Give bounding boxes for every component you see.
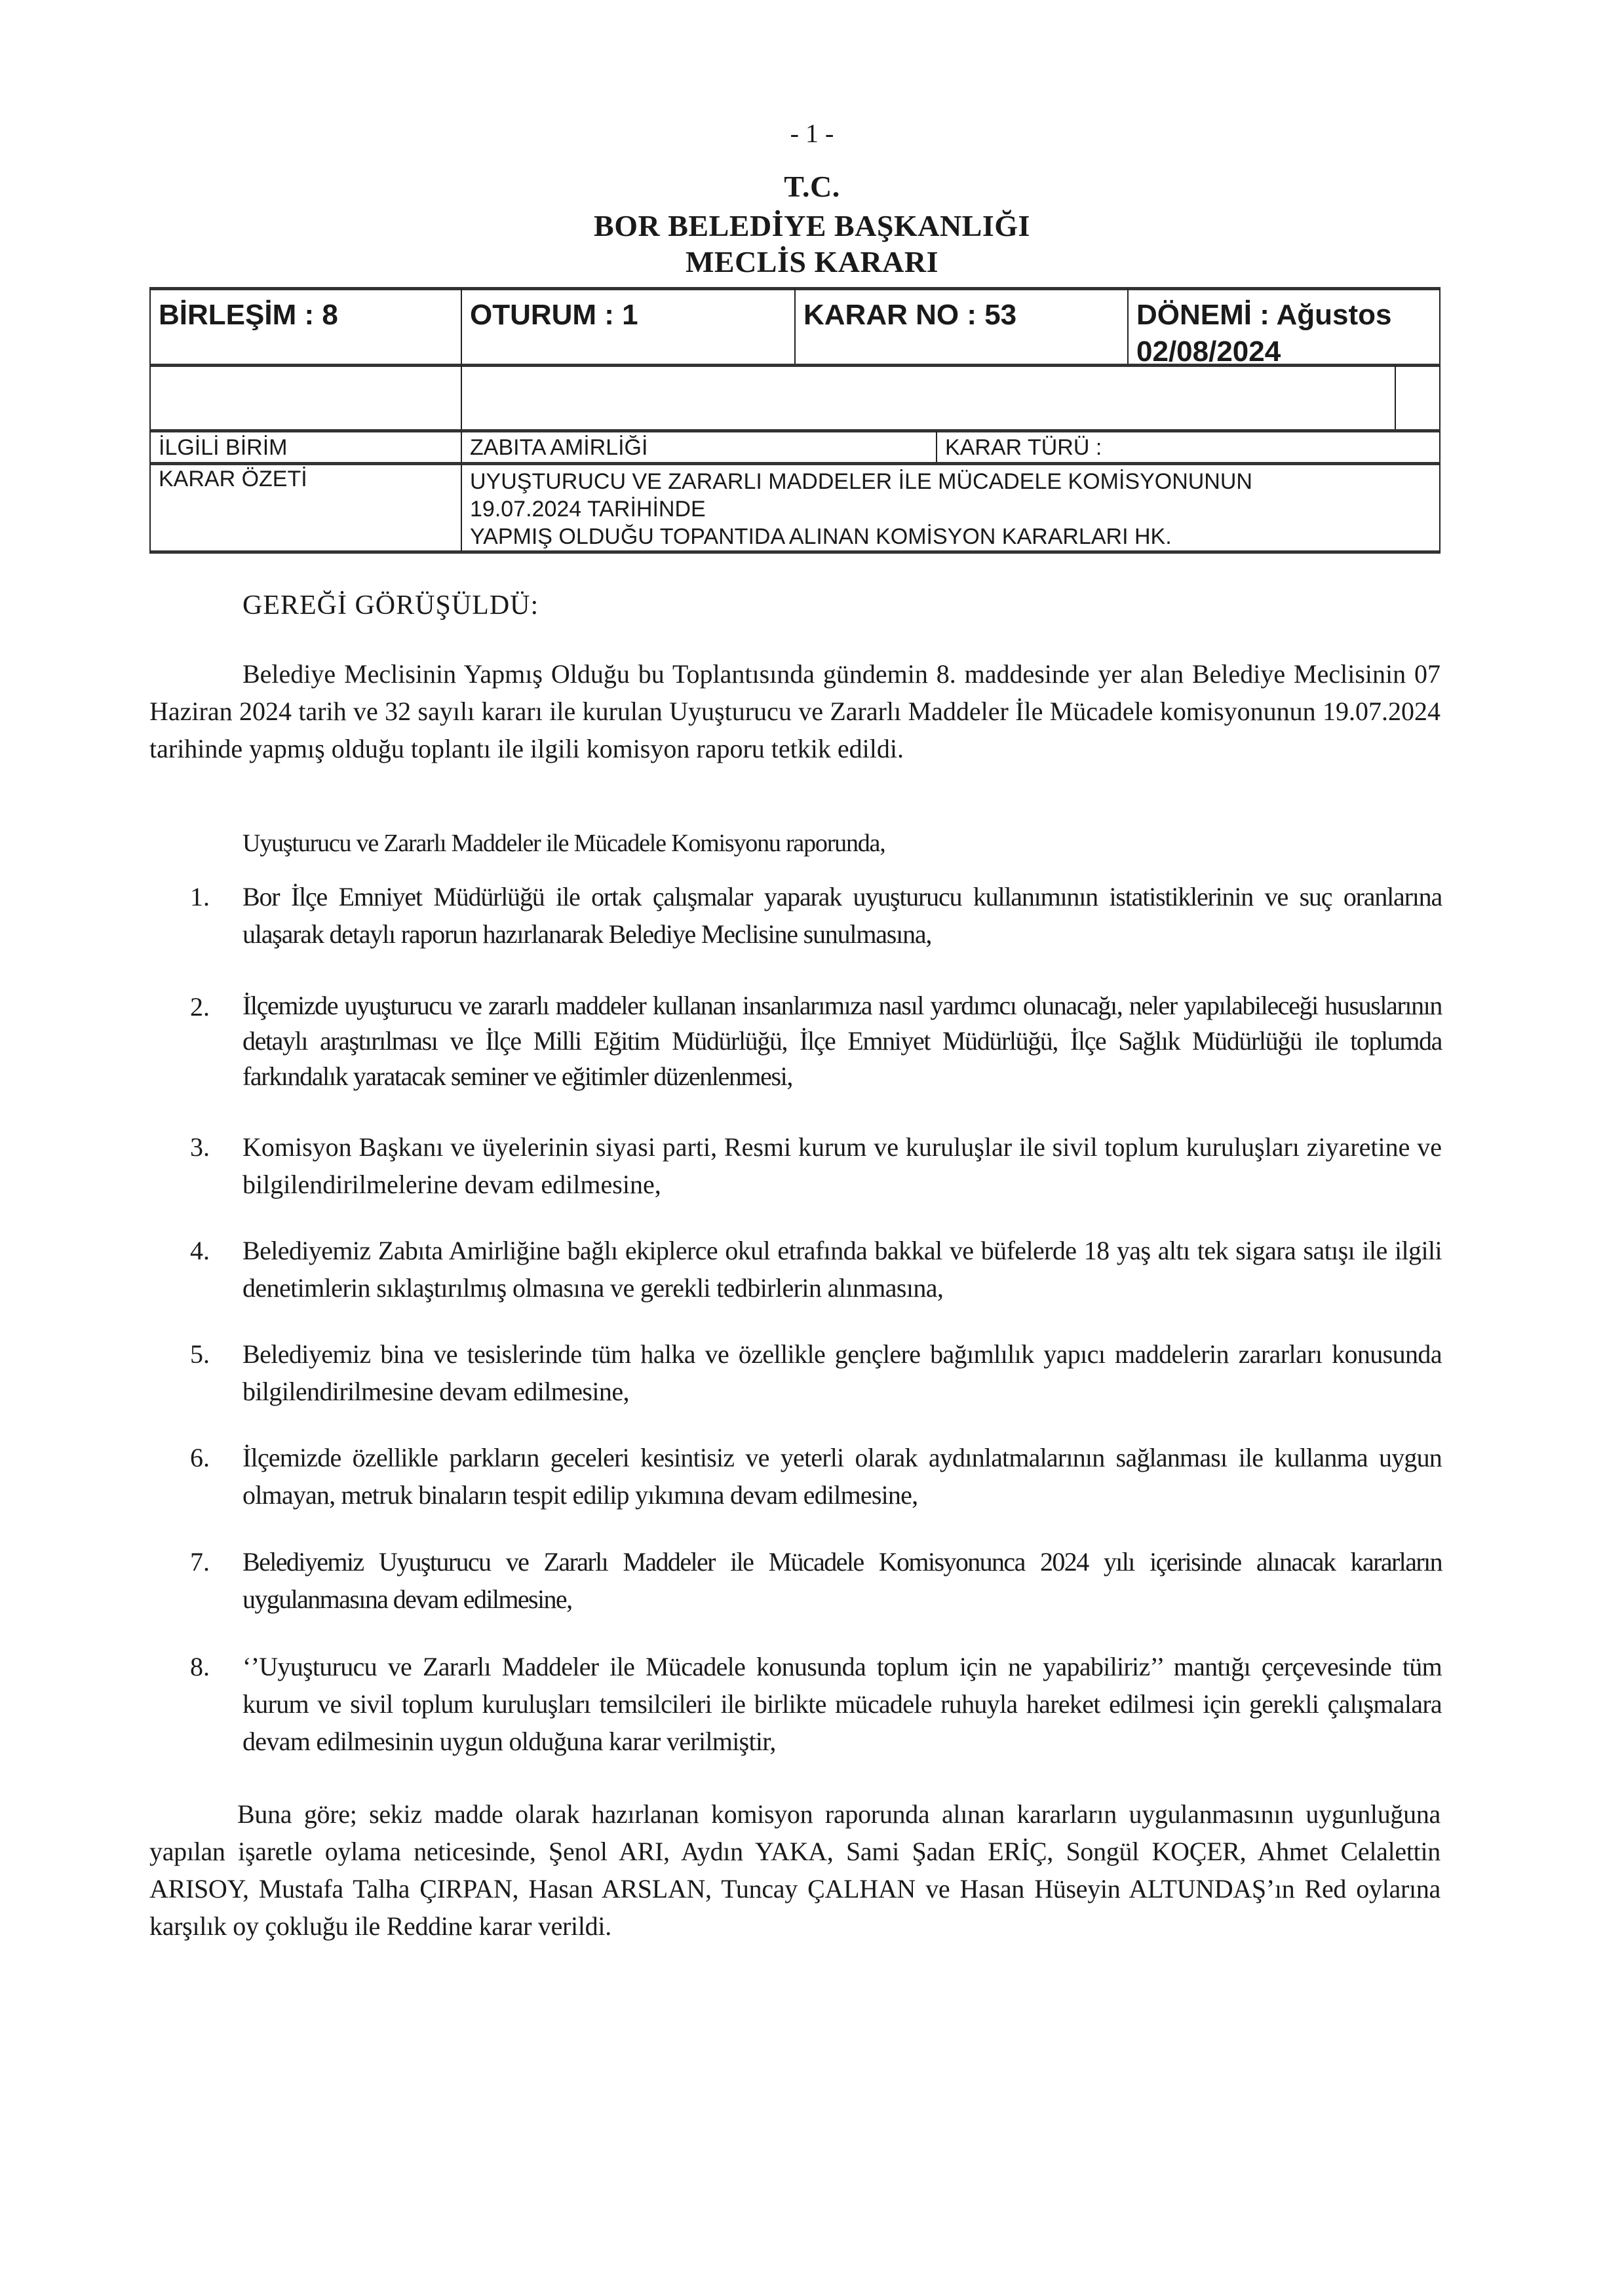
cell-karar-ozeti-value: UYUŞTURUCU VE ZARARLI MADDELER İLE MÜCAD… [461,462,1440,554]
cell-birlesim: BİRLEŞİM : 8 [149,287,462,365]
cell-ilgili-birim-label: İLGİLİ BİRİM [149,429,462,463]
donemi-label: DÖNEMİ : Ağustos [1136,297,1433,334]
item-number: 3. [190,1128,210,1166]
list-lead: Uyuşturucu ve Zararlı Maddeler ile Mücad… [242,829,885,858]
cell-empty-1 [149,364,462,430]
ilgili-birim-value: ZABITA AMİRLİĞİ [470,435,648,460]
item-text: Bor İlçe Emniyet Müdürlüğü ile ortak çal… [242,878,1442,953]
cell-karar-turu: KARAR TÜRÜ : [936,429,1440,463]
item-text: İlçemizde özellikle parkların geceleri k… [242,1439,1442,1514]
item-number: 4. [190,1232,210,1269]
cell-ilgili-birim-value: ZABITA AMİRLİĞİ [461,429,937,463]
item-text: Belediyemiz Zabıta Amirliğine bağlı ekip… [242,1232,1442,1307]
item-text: Belediyemiz bina ve tesislerinde tüm hal… [242,1335,1442,1410]
karar-ozeti-line-1: UYUŞTURUCU VE ZARARLI MADDELER İLE MÜCAD… [470,468,1433,495]
birlesim-value: BİRLEŞİM : 8 [159,299,338,331]
karar-no-value: KARAR NO : 53 [803,299,1016,331]
final-decision-paragraph: Buna göre; sekiz madde olarak hazırlanan… [149,1795,1440,1945]
item-number: 8. [190,1648,210,1685]
item-number: 5. [190,1335,210,1373]
item-text: ‘’Uyuşturucu ve Zararlı Maddeler ile Müc… [242,1648,1442,1760]
header-municipality: BOR BELEDİYE BAŞKANLIĞI [0,208,1624,243]
cell-empty-2 [461,364,1396,430]
cell-karar-no: KARAR NO : 53 [794,287,1129,365]
cell-donemi: DÖNEMİ : Ağustos 02/08/2024 [1127,287,1440,365]
item-number: 6. [190,1439,210,1476]
decision-info-table: BİRLEŞİM : 8 OTURUM : 1 KARAR NO : 53 DÖ… [149,287,1440,554]
karar-turu-label: KARAR TÜRÜ : [945,435,1102,460]
karar-ozeti-line-2: 19.07.2024 TARİHİNDE [470,495,1433,523]
cell-karar-ozeti-label: KARAR ÖZETİ [149,462,462,554]
ilgili-birim-label: İLGİLİ BİRİM [159,435,288,460]
page-number: - 1 - [0,118,1624,149]
cell-empty-3 [1395,364,1440,430]
header-republic: T.C. [0,169,1624,204]
karar-ozeti-line-3: YAPMIŞ OLDUĞU TOPANTIDA ALINAN KOMİSYON … [470,523,1433,550]
item-text: Belediyemiz Uyuşturucu ve Zararlı Maddel… [242,1543,1442,1618]
item-text: Komisyon Başkanı ve üyelerinin siyasi pa… [242,1128,1442,1203]
item-number: 2. [190,988,210,1025]
intro-paragraph: Belediye Meclisinin Yapmış Olduğu bu Top… [149,655,1440,767]
header-document-type: MECLİS KARARI [0,244,1624,279]
karar-ozeti-label: KARAR ÖZETİ [159,467,307,491]
section-heading: GEREĞİ GÖRÜŞÜLDÜ: [242,590,539,621]
item-text: İlçemizde uyuşturucu ve zararlı maddeler… [242,988,1442,1094]
oturum-value: OTURUM : 1 [470,299,638,331]
cell-oturum: OTURUM : 1 [461,287,796,365]
item-number: 1. [190,878,210,915]
item-number: 7. [190,1543,210,1580]
